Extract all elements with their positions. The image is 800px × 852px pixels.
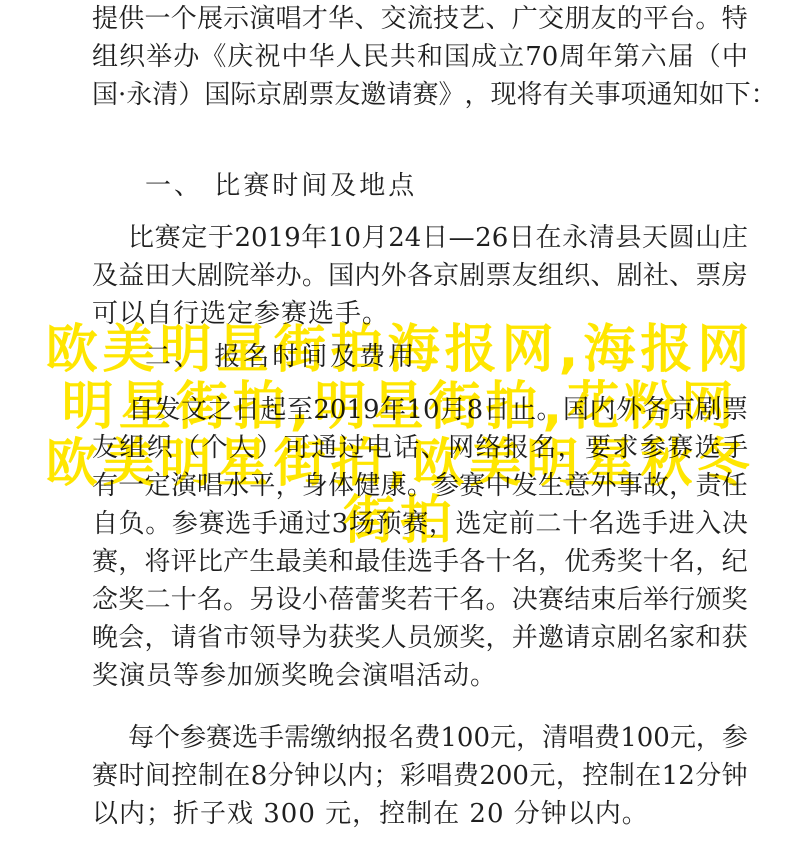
document-line: 自负。参赛选手通过3场预赛，选定前二十名选手进入决 (92, 505, 748, 543)
document-line: 组织举办《庆祝中华人民共和国成立70周年第六届（中 (92, 38, 748, 76)
document-line: 可以自行选定参赛选手。 (92, 295, 748, 333)
document-line: 念奖二十名。另设小蓓蕾奖若干名。决赛结束后举行颁奖 (92, 581, 748, 619)
document-line: 及益田大剧院举办。国内外各京剧票友组织、剧社、票房 (92, 257, 748, 295)
document-heading: 一、 比赛时间及地点 (92, 167, 748, 205)
document-line: 比赛定于2019年10月24日—26日在永清县天圆山庄 (92, 219, 748, 257)
document-line: 友组织（个人）可通过电话、网络报名，要求参赛选手 (92, 429, 748, 467)
document-paragraph: 提供一个展示演唱才华、交流技艺、广交朋友的平台。特组织举办《庆祝中华人民共和国成… (92, 0, 748, 114)
document-line: 有一定演唱水平，身体健康。参赛中发生意外事故，责任 (92, 467, 748, 505)
document-page: { "page": { "type": "scanned-notice-docu… (0, 0, 800, 852)
document-line: 一、 比赛时间及地点 (92, 167, 748, 205)
document-line: 国·永清）国际京剧票友邀请赛》，现将有关事项通知如下： (92, 76, 748, 114)
document-line: 奖演员等参加颁奖晚会演唱活动。 (92, 657, 748, 695)
document-line: 提供一个展示演唱才华、交流技艺、广交朋友的平台。特 (92, 0, 748, 38)
document-heading: 二、 报名时间及费用 (92, 338, 748, 376)
document-paragraph: 每个参赛选手需缴纳报名费100元，清唱费100元，参赛时间控制在8分钟以内；彩唱… (92, 719, 748, 833)
document-paragraph: 自发文之日起至2019年10月8日止。国内外各京剧票友组织（个人）可通过电话、网… (92, 391, 748, 695)
document-line: 以内；折子戏 300 元，控制在 20 分钟以内。 (92, 795, 748, 833)
document-line: 二、 报名时间及费用 (92, 338, 748, 376)
document-paragraph: 比赛定于2019年10月24日—26日在永清县天圆山庄及益田大剧院举办。国内外各… (92, 219, 748, 333)
document-line: 自发文之日起至2019年10月8日止。国内外各京剧票 (92, 391, 748, 429)
document-line: 赛，将评比产生最美和最佳选手各十名，优秀奖十名，纪 (92, 543, 748, 581)
document-line: 晚会，请省市领导为获奖人员颁奖，并邀请京剧名家和获 (92, 619, 748, 657)
document-line: 赛时间控制在8分钟以内；彩唱费200元，控制在12分钟 (92, 757, 748, 795)
document-line: 每个参赛选手需缴纳报名费100元，清唱费100元，参 (92, 719, 748, 757)
